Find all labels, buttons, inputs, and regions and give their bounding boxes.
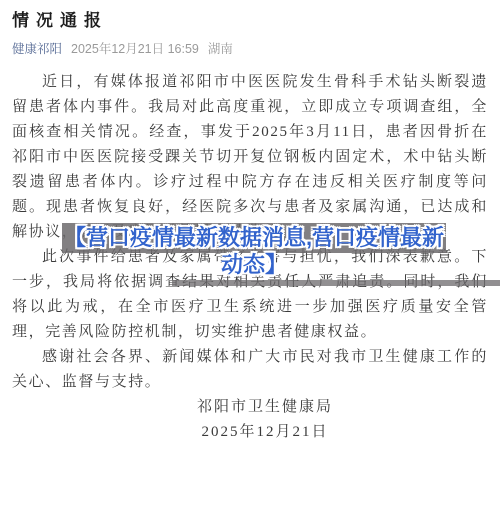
paragraph-thanks: 感谢社会各界、新闻媒体和广大市民对我市卫生健康工作的关心、监督与支持。 — [12, 345, 488, 395]
watermark-text: 【营口疫情最新数据消息,营口疫情最新动态】 — [58, 224, 450, 278]
article-page: 情况通报 健康祁阳 2025年12月21日 16:59 湖南 近日，有媒体报道祁… — [0, 0, 500, 505]
article-header: 情况通报 健康祁阳 2025年12月21日 16:59 湖南 — [0, 0, 500, 57]
account-name-link[interactable]: 健康祁阳 — [12, 41, 62, 57]
signature-date: 2025年12月21日 — [12, 420, 488, 445]
watermark-artifact-bar — [172, 280, 500, 286]
paragraph-incident-report: 近日，有媒体报道祁阳市中医医院发生骨科手术钻头断裂遗留患者体内事件。我局对此高度… — [12, 70, 488, 245]
signature-organization: 祁阳市卫生健康局 — [12, 395, 488, 420]
publish-date: 2025年12月21日 16:59 — [71, 41, 199, 57]
page-title: 情况通报 — [12, 10, 488, 32]
publish-location: 湖南 — [208, 41, 233, 57]
byline: 健康祁阳 2025年12月21日 16:59 湖南 — [12, 41, 488, 57]
